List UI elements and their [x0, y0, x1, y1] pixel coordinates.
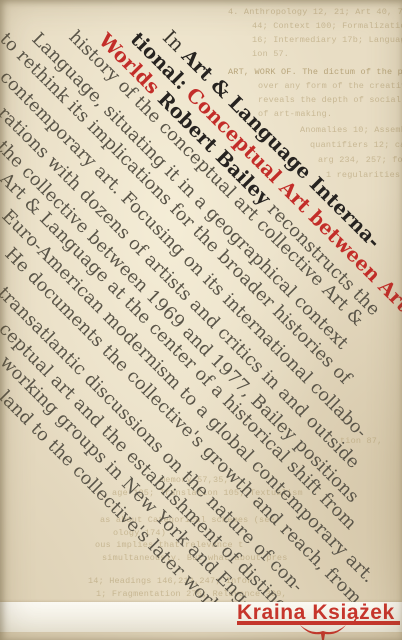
book-cover: 4. Anthropology 12, 21; Art 40, 71; Art-…	[0, 0, 402, 640]
cover-description-text: In Art & Language Interna-tional: Concep…	[0, 0, 402, 640]
kraina-ksiazek-watermark: Kraina Książek	[237, 602, 395, 623]
open-book-icon	[300, 625, 346, 640]
